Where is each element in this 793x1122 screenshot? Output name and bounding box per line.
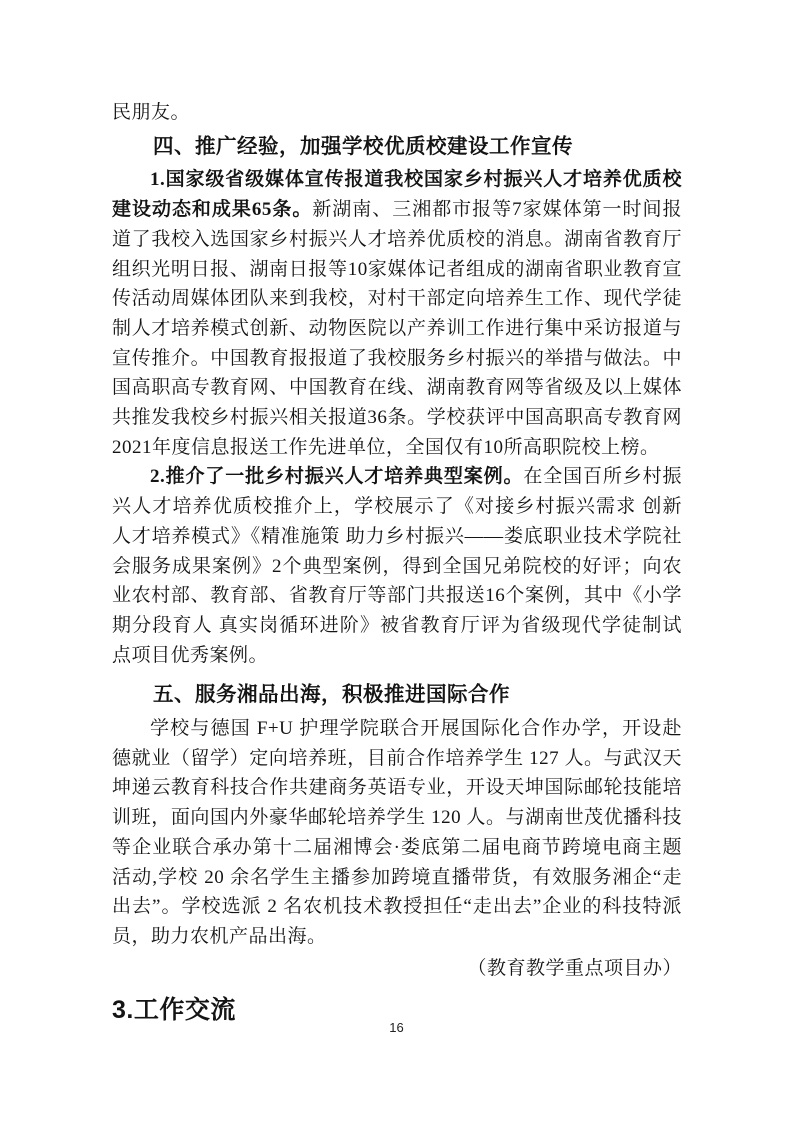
paragraph-typical-cases: 2.推介了一批乡村振兴人才培养典型案例。在全国百所乡村振兴人才培养优质校推介上，… [112, 462, 682, 670]
paragraph-media-coverage-body: 新湖南、三湘都市报等7家媒体第一时间报道了我校入选国家乡村振兴人才培养优质校的消… [112, 199, 682, 458]
paragraph-typical-cases-lead: 2.推介了一批乡村振兴人才培养典型案例。 [150, 466, 523, 487]
signature-office: （教育教学重点项目办） [112, 954, 682, 984]
heading-section-five: 五、服务湘品出海，积极推进国际合作 [112, 680, 682, 710]
heading-section-four: 四、推广经验，加强学校优质校建设工作宣传 [112, 132, 682, 162]
page-number: 16 [0, 1020, 793, 1035]
paragraph-typical-cases-body: 在全国百所乡村振兴人才培养优质校推介上，学校展示了《对接乡村振兴需求 创新人才培… [112, 466, 682, 665]
paragraph-international-cooperation: 学校与德国 F+U 护理学院联合开展国际化合作办学，开设赴德就业（留学）定向培养… [112, 714, 682, 952]
page-content: 民朋友。 四、推广经验，加强学校优质校建设工作宣传 1.国家级省级媒体宣传报道我… [112, 98, 682, 1027]
document-page: 民朋友。 四、推广经验，加强学校优质校建设工作宣传 1.国家级省级媒体宣传报道我… [0, 0, 793, 1122]
continuation-paragraph: 民朋友。 [112, 98, 682, 128]
paragraph-media-coverage: 1.国家级省级媒体宣传报道我校国家乡村振兴人才培养优质校建设动态和成果65条。新… [112, 165, 682, 462]
